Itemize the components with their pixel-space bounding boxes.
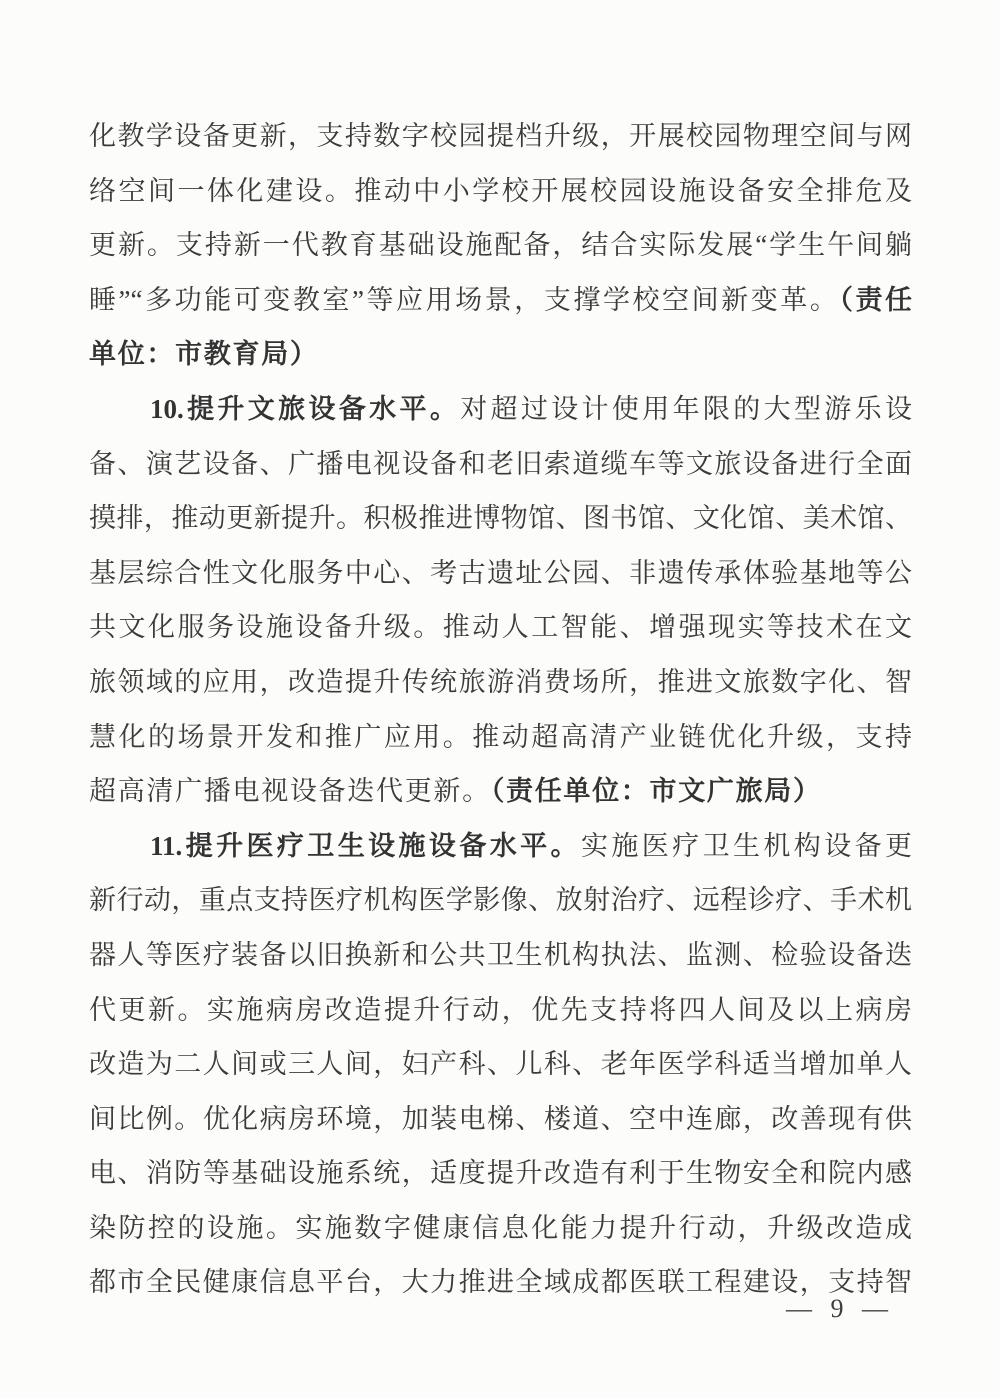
text-line: 电、消防等基础设施系统，适度提升改造有利于生物安全和院内感: [89, 1146, 912, 1201]
text-segment: 代更新。实施病房改造提升行动，优先支持将四人间及以上病房: [89, 995, 912, 1025]
text-segment: 新行动，重点支持医疗机构医学影像、放射治疗、远程诊疗、手术机: [89, 885, 912, 915]
text-segment: 慧化的场景开发和推广应用。推动超高清产业链优化升级，支持: [89, 722, 912, 752]
text-segment: 备、演艺设备、广播电视设备和老旧索道缆车等文旅设备进行全面: [89, 449, 912, 479]
page-footer: — 9 —: [786, 1292, 894, 1326]
text-line: 旅领域的应用，改造提升传统旅游消费场所，推进文旅数字化、智: [89, 655, 912, 710]
text-segment: 超高清广播电视设备迭代更新。: [89, 776, 491, 806]
text-segment: 器人等医疗装备以旧换新和公共卫生机构执法、监测、检验设备迭: [89, 940, 912, 970]
text-line: 11.提升医疗卫生设施设备水平。实施医疗卫生机构设备更: [89, 819, 912, 874]
text-line: 单位：市教育局）: [89, 327, 912, 382]
text-line: 共文化服务设施设备升级。推动人工智能、增强现实等技术在文: [89, 600, 912, 655]
text-line: 新行动，重点支持医疗机构医学影像、放射治疗、远程诊疗、手术机: [89, 873, 912, 928]
text-line: 间比例。优化病房环境，加装电梯、楼道、空中连廊，改善现有供: [89, 1092, 912, 1147]
text-line: 代更新。实施病房改造提升行动，优先支持将四人间及以上病房: [89, 983, 912, 1038]
text-line: 慧化的场景开发和推广应用。推动超高清产业链优化升级，支持: [89, 710, 912, 765]
text-segment: 实施医疗卫生机构设备更: [581, 831, 912, 861]
text-line: 超高清广播电视设备迭代更新。（责任单位：市文广旅局）: [89, 764, 912, 819]
text-segment: 间比例。优化病房环境，加装电梯、楼道、空中连廊，改善现有供: [89, 1104, 912, 1134]
text-line: 染防控的设施。实施数字健康信息化能力提升行动，升级改造成: [89, 1201, 912, 1256]
text-segment: 络空间一体化建设。推动中小学校开展校园设施设备安全排危及: [89, 176, 912, 206]
text-line: 化教学设备更新，支持数字校园提档升级，开展校园物理空间与网: [89, 109, 912, 164]
text-line: 络空间一体化建设。推动中小学校开展校园设施设备安全排危及: [89, 164, 912, 219]
text-segment: 共文化服务设施设备升级。推动人工智能、增强现实等技术在文: [89, 612, 912, 642]
emphasis-segment: （责任单位：市文广旅局）: [491, 776, 822, 806]
emphasis-segment: 10.提升文旅设备水平。: [150, 394, 460, 424]
text-line: 备、演艺设备、广播电视设备和老旧索道缆车等文旅设备进行全面: [89, 437, 912, 492]
text-segment: 电、消防等基础设施系统，适度提升改造有利于生物安全和院内感: [89, 1158, 912, 1188]
emphasis-segment: （责任: [839, 285, 912, 315]
text-segment: 化教学设备更新，支持数字校园提档升级，开展校园物理空间与网: [89, 121, 912, 151]
text-segment: 改造为二人间或三人间，妇产科、儿科、老年医学科适当增加单人: [89, 1049, 912, 1079]
text-segment: 染防控的设施。实施数字健康信息化能力提升行动，升级改造成: [89, 1213, 912, 1243]
text-segment: 旅领域的应用，改造提升传统旅游消费场所，推进文旅数字化、智: [89, 667, 912, 697]
page-number: — 9 —: [786, 1294, 894, 1323]
text-line: 摸排，推动更新提升。积极推进博物馆、图书馆、文化馆、美术馆、: [89, 491, 912, 546]
text-segment: 摸排，推动更新提升。积极推进博物馆、图书馆、文化馆、美术馆、: [89, 503, 912, 533]
text-segment: 更新。支持新一代教育基础设施配备，结合实际发展“学生午间躺: [89, 230, 912, 260]
text-line: 睡”“多功能可变教室”等应用场景，支撑学校空间新变革。（责任: [89, 273, 912, 328]
emphasis-segment: 单位：市教育局）: [89, 339, 319, 369]
text-line: 基层综合性文化服务中心、考古遗址公园、非遗传承体验基地等公: [89, 546, 912, 601]
document-page: 化教学设备更新，支持数字校园提档升级，开展校园物理空间与网络空间一体化建设。推动…: [0, 0, 1000, 1398]
text-segment: 对超过设计使用年限的大型游乐设: [460, 394, 912, 424]
emphasis-segment: 11.提升医疗卫生设施设备水平。: [150, 831, 581, 861]
text-line: 更新。支持新一代教育基础设施配备，结合实际发展“学生午间躺: [89, 218, 912, 273]
text-segment: 睡”“多功能可变教室”等应用场景，支撑学校空间新变革。: [89, 285, 839, 315]
text-line: 器人等医疗装备以旧换新和公共卫生机构执法、监测、检验设备迭: [89, 928, 912, 983]
text-line: 10.提升文旅设备水平。对超过设计使用年限的大型游乐设: [89, 382, 912, 437]
text-line: 改造为二人间或三人间，妇产科、儿科、老年医学科适当增加单人: [89, 1037, 912, 1092]
text-segment: 基层综合性文化服务中心、考古遗址公园、非遗传承体验基地等公: [89, 558, 912, 588]
document-body: 化教学设备更新，支持数字校园提档升级，开展校园物理空间与网络空间一体化建设。推动…: [89, 109, 912, 1310]
